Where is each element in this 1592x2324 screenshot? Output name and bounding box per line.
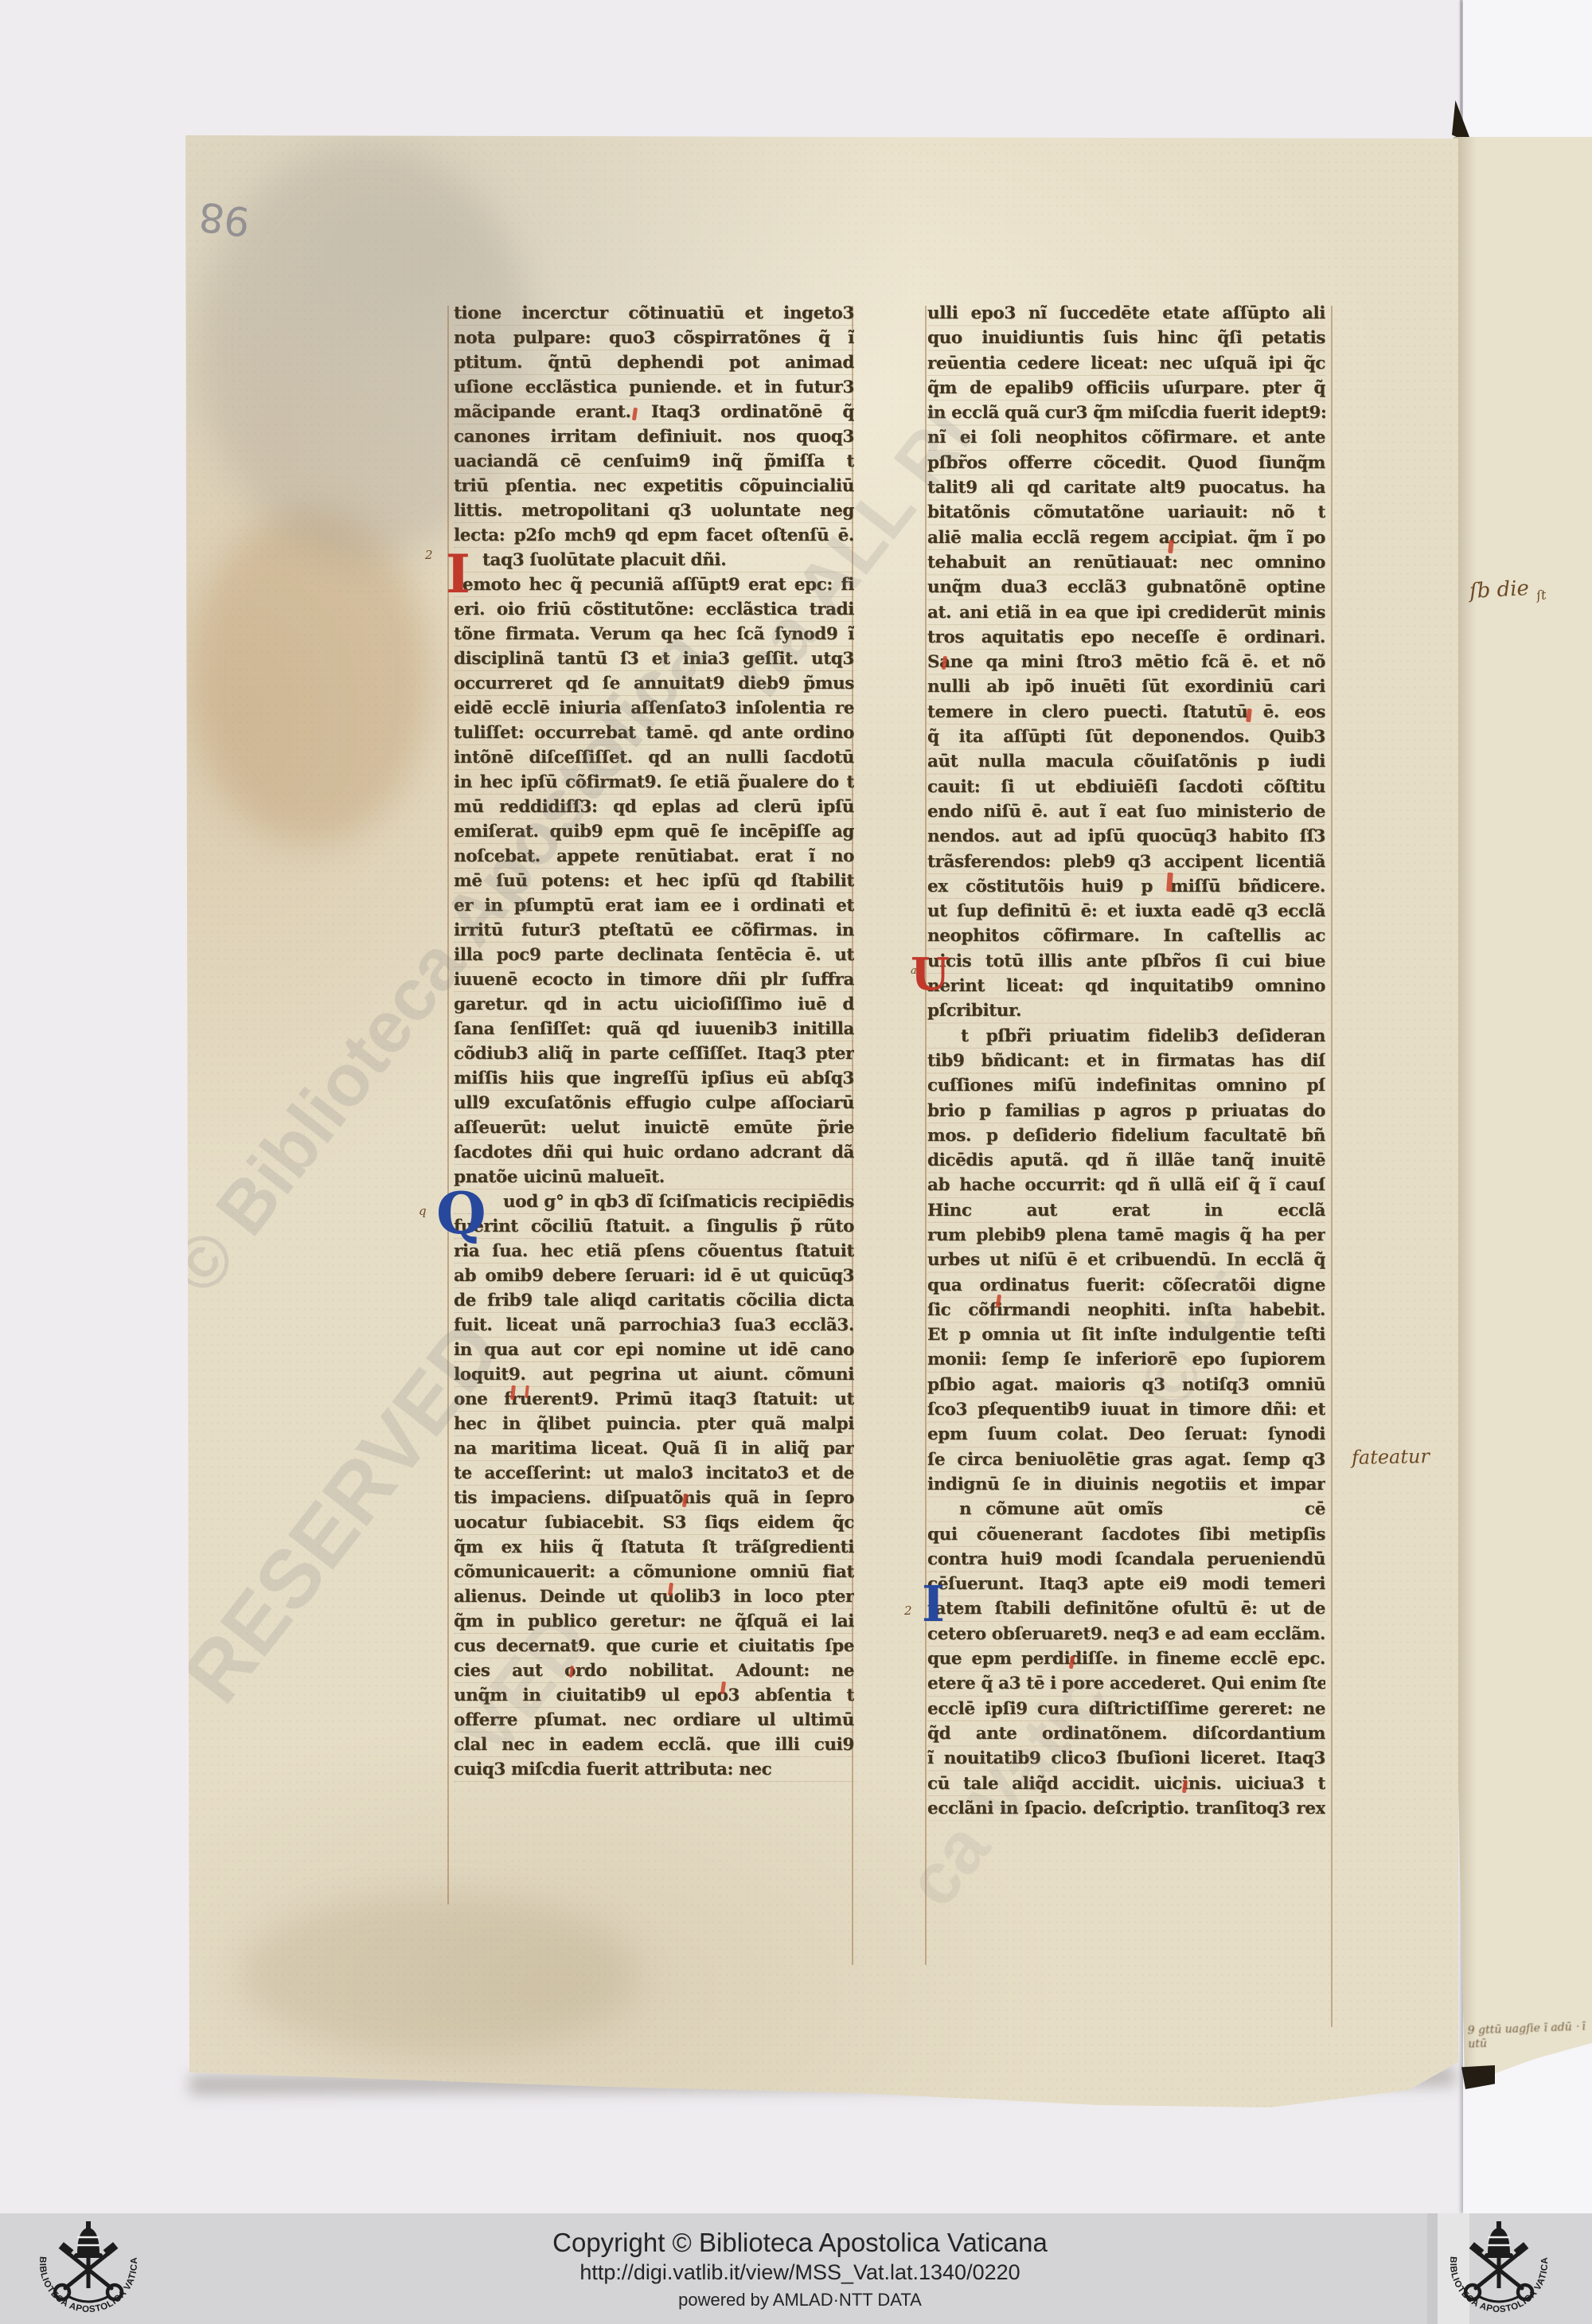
margin-note: a <box>911 965 917 977</box>
manuscript-text-line: ulli epo3 nĩ ſuccedēte etate aſſūpto ali <box>927 301 1325 326</box>
manuscript-text-line: temere in clero puecti. ſtatutū ē. eos <box>927 700 1325 725</box>
margin-note: fateatur <box>1352 1445 1430 1469</box>
parchment-page: 98 tione incerctur cõtinuatiū et ingeto3… <box>0 0 1592 2324</box>
column-ruling-line <box>1331 306 1333 2027</box>
manuscript-text-line: triū pſentia. nec expetitis cõpuincialiū <box>454 474 854 498</box>
parchment-stain <box>239 1895 637 2054</box>
footer-copyright: Copyright © Biblioteca Apostolica Vatica… <box>552 2228 1048 2258</box>
manuscript-text-line: tehabuit an renūtiauat: nec omnino <box>927 550 1325 575</box>
manuscript-text-line: q̃m ex hiis q̃ ſtatuta ſt trãſgredienti <box>454 1535 854 1560</box>
manuscript-text-line: cõmunicauerit: a cõmunione omniū fiat <box>454 1560 854 1584</box>
manuscript-text-line: tros aquitatis epo neceſſe ē ordinari. <box>927 625 1325 650</box>
manuscript-text-line: uod g° in qb3 dĩ ſciſmaticis recipiēdis <box>454 1189 854 1214</box>
manuscript-text-line: cõdiub3 aliq̃ in parte ceſſiſſet. Itaq3 … <box>454 1041 854 1066</box>
manuscript-text-line: ull9 excuſatõnis effugio culpe aſſociarū <box>454 1091 854 1115</box>
manuscript-right-column: ulli epo3 nĩ ſuccedēte etate aſſūpto ali… <box>927 301 1325 1821</box>
manuscript-text-line: etere q̃ a3 tē i pore accederet. Qui eni… <box>927 1671 1325 1696</box>
manuscript-text-line: ſco3 pſequentib9 iuuat in timore dñi: et <box>927 1397 1325 1422</box>
manuscript-text-line: mãcipande erant. Itaq3 ordinatõnē q̃ <box>454 400 854 424</box>
manuscript-text-line: at. ani etiã in ea que ipi crediderūt mi… <box>927 600 1325 625</box>
manuscript-text-line: iuuenē ecocto in timore dñi plr ſuffra <box>454 967 854 992</box>
bav-seal-icon: BIBLIOTECA APOSTOLICA VATICANA <box>21 2218 156 2322</box>
manuscript-text-line: n cõmune aūt omĩs cē <box>927 1497 1325 1521</box>
manuscript-text-line: unq̃m dua3 ecclã3 gubnatõnē optine <box>927 575 1325 600</box>
footer-text-block: Copyright © Biblioteca Apostolica Vatica… <box>0 2213 1592 2324</box>
manuscript-text-line: q̃m de epalib9 officiis uſurpare. pter q… <box>927 376 1325 400</box>
manuscript-text-line: indignū ſe in diuinis negotiis et impar <box>927 1472 1325 1497</box>
manuscript-text-line: pnatõe uicinū malueīt. <box>454 1165 854 1189</box>
manuscript-text-line: brio p familias p agros p priuatas do <box>927 1099 1325 1123</box>
manuscript-text-line: lecta: p2ſo mch9 qd epm facet oſtenſū ē. <box>454 523 854 548</box>
margin-note: ſt <box>1535 587 1547 603</box>
footer-bar: Copyright © Biblioteca Apostolica Vatica… <box>0 2213 1592 2324</box>
manuscript-text-line: fuit. liceat unã parrochia3 ſua3 ecclã3. <box>454 1313 854 1338</box>
manuscript-text-line: neophitos cõfirmare. In caſtellis ac <box>927 924 1325 948</box>
manuscript-text-line: talit9 ali qd caritate alt9 puocatus. ha <box>927 475 1325 500</box>
manuscript-text-line: cauit: ſi ut ebdiuiēſi ſacdoti cõſtitu <box>927 775 1325 799</box>
manuscript-text-line: nerint liceat: qd inquitatib9 omnino <box>927 974 1325 998</box>
manuscript-text-line: hec in q̃libet puincia. pter quã malpi <box>454 1412 854 1436</box>
manuscript-text-line: miſſis hiis que ingreſſū ipſius eū abſq3 <box>454 1066 854 1091</box>
manuscript-text-line: q̃ ita aſſūpti ſūt deponendos. Quib3 <box>927 725 1325 749</box>
manuscript-text-line: dicēdis aputã. qd ñ illãe tanq̃ inuitē <box>927 1148 1325 1173</box>
manuscript-text-line: de frib9 tale aliqd caritatis cõcilia di… <box>454 1288 854 1313</box>
manuscript-text-line: aūt nulla macula cõuiſatõnis p iudi <box>927 749 1325 774</box>
manuscript-text-line: ecclē ipſi9 cura diſtrictiſſime gereret:… <box>927 1697 1325 1721</box>
manuscript-text-line: trãsferendos: pleb9 q3 accipent licentiã <box>927 850 1325 874</box>
vatican-library-logo-left: BIBLIOTECA APOSTOLICA VATICANA <box>21 2218 156 2322</box>
folio-number-pencil: 98 <box>197 193 252 244</box>
manuscript-text-line: ex cõstitutõis hui9 p miſſū bñdicere. <box>927 874 1325 899</box>
vatican-library-logo-right: BIBLIOTECA APOSTOLICA VATICANA <box>1431 2218 1567 2322</box>
decorated-initial: I <box>922 1580 945 1629</box>
manuscript-text-line: endo niſū ē. aut ĩ eat ſuo ministerio de <box>927 799 1325 824</box>
manuscript-text-line: ria ſua. hec etiã pſens cõuentus ſtatuit <box>454 1239 854 1264</box>
manuscript-text-line: nendos. aut ad ipſū quocūq3 habito ſſ3 <box>927 824 1325 849</box>
manuscript-text-line: nota pulpare: quo3 cõspirratõnes q̃ ĩ <box>454 326 854 350</box>
manuscript-text-line: q̃d ante ordinatõnem. diſcordantium <box>927 1721 1325 1746</box>
manuscript-text-line: canones irritam definiuit. nos quoq3 <box>454 424 854 449</box>
cord <box>68 2296 109 2302</box>
manuscript-text-line: alienus. Deinde ut quolib3 in loco pter <box>454 1584 854 1609</box>
manuscript-text-line: bitatõnis cõmutatõne uariauit: nõ t <box>927 500 1325 525</box>
footer-url: http://digi.vatlib.it/view/MSS_Vat.lat.1… <box>579 2260 1020 2285</box>
digitized-manuscript-photo: 9 gttū uagſie ī adū ⸱ ī utū 98 tione inc… <box>0 0 1592 2324</box>
margin-note: ſb die <box>1469 576 1529 603</box>
manuscript-text-line: uſione ecclãstica puniende. et in futur3 <box>454 375 854 400</box>
manuscript-text-line: uaciandã cē cenſuim9 inq̃ p̃miſſa t <box>454 449 854 474</box>
manuscript-text-line: fuerint cõciliū ſtatuit. a ſingulis p̃ r… <box>454 1214 854 1239</box>
manuscript-text-line: uicis totū illis ante pſbr̃os ſi cui biu… <box>927 949 1325 974</box>
manuscript-text-line: mos. p deſiderio fidelium facultatē bñ <box>927 1123 1325 1148</box>
manuscript-text-line: uocatur ſubiacebit. S3 ſiqs eidem q̃c <box>454 1510 854 1535</box>
manuscript-text-line: qui cõuenerant ſacdotes ſibi metipſis <box>927 1522 1325 1547</box>
manuscript-text-line: cēſuerunt. Itaq3 apte ei9 modi temeri <box>927 1572 1325 1596</box>
manuscript-text-line: Sane qa mini ſtro3 mētio fcã ē. et nõ <box>927 650 1325 674</box>
manuscript-text-line: epm ſuum colat. Deo ſeruat: ſynodi <box>927 1422 1325 1447</box>
manuscript-text-line: pſbr̃os offerre cõcedit. Quod ſiunq̃m <box>927 451 1325 475</box>
manuscript-text-line: tione incerctur cõtinuatiū et ingeto3 <box>454 301 854 326</box>
manuscript-text-line: t pſbr̃i priuatim fidelib3 deſideran <box>927 1024 1325 1049</box>
manuscript-text-line: ptitum. q̃ntū dephendi pot animad <box>454 350 854 375</box>
manuscript-text-line: contra hui9 modi ſcandala perueniendū <box>927 1547 1325 1572</box>
manuscript-text-line: rum plebib9 plena tamē magis q̃ ha per <box>927 1223 1325 1248</box>
manuscript-text-line: in ecclã quã cur3 q̃m miſcdia fuerit ide… <box>927 400 1325 425</box>
manuscript-text-line: tatem ſtabili definitõne ofultū ē: ut de <box>927 1596 1325 1621</box>
manuscript-text-line: na maritima liceat. Quã ſi in aliq̃ par <box>454 1436 854 1461</box>
manuscript-text-line: que epm perdidiſſe. in fineme ecclē epc. <box>927 1646 1325 1671</box>
manuscript-text-line: cuſſiones miſū indefinitas omnino pſ <box>927 1073 1325 1098</box>
manuscript-text-line: ſacdotes dñi qui huic ordano adcrant dã <box>454 1140 854 1165</box>
parchment-stain <box>191 510 430 844</box>
column-ruling-line <box>925 306 927 1965</box>
tiny-marginal-script: 9 gttū uagſie ī adū ⸱ ī utū <box>1467 2018 1592 2050</box>
margin-note: 2 <box>904 1603 912 1618</box>
manuscript-text-line: tis impaciens. diſpuatõnis quã in ſepro <box>454 1486 854 1510</box>
manuscript-text-line: qua ordinatus fuerit: cõſecratõi digne <box>927 1273 1325 1298</box>
manuscript-text-line: cetero obſeruaret9. neq3 e ad eam ecclãm… <box>927 1622 1325 1646</box>
bav-seal-icon: BIBLIOTECA APOSTOLICA VATICANA <box>1431 2218 1567 2322</box>
manuscript-text-line: illa poc9 parte declinata ſentēcia ē. ut <box>454 943 854 967</box>
margin-note: 2 <box>425 548 433 562</box>
manuscript-text-line: te acceſſerint: ut malo3 incitato3 et de <box>454 1461 854 1486</box>
manuscript-text-line: nulli ab ipõ inuēti ſūt exordiniū cari <box>927 674 1325 699</box>
manuscript-text-line: in hec ipſū cõfirmat9. ſe etiã p̃ualere … <box>454 770 854 795</box>
manuscript-text-line: ab omib9 debere ſeruari: id ē ut quicūq3 <box>454 1264 854 1288</box>
manuscript-text-line: urbes ut niſū ē et cribuendū. In ecclã q… <box>927 1248 1325 1272</box>
manuscript-text-line: pſcribitur. <box>927 998 1325 1023</box>
manuscript-text-line: garetur. qd in actu uicioſiſſimo iuē d <box>454 992 854 1017</box>
decorated-initial: Q <box>436 1185 486 1242</box>
manuscript-text-line: ab hache occurrit: qd ñ ullã eiſ q̃ ĩ ca… <box>927 1173 1325 1197</box>
manuscript-text-line: reūentia cedere liceat: nec uſquã ipi q̃… <box>927 351 1325 376</box>
manuscript-text-line: littis. metropolitani q3 uoluntate neg <box>454 498 854 523</box>
manuscript-left-column: tione incerctur cõtinuatiū et ingeto3not… <box>454 301 854 1782</box>
footer-powered-by: powered by AMLAD·NTT DATA <box>678 2290 922 2310</box>
manuscript-text-line: ſe circa beniuolētie gras agat. ſemp q3 <box>927 1447 1325 1472</box>
manuscript-text-line: tib9 bñdicant: et in firmatas has diſ <box>927 1049 1325 1073</box>
manuscript-text-line: ſana ſenſiſſet: quã qd iuuenib3 initilla <box>454 1017 854 1041</box>
manuscript-text-line: aliē malia ecclã regem accipiat. q̃m ĩ p… <box>927 525 1325 550</box>
manuscript-text-line: Hinc aut erat in ecclã <box>927 1198 1325 1223</box>
decorated-initial: I <box>446 548 470 600</box>
cord <box>1478 2296 1520 2302</box>
manuscript-text-line: ut ſup definitū ē: et iuxta eadē q3 eccl… <box>927 899 1325 924</box>
margin-note: q <box>419 1204 427 1218</box>
manuscript-text-line: quo inuidiuntis ſuis hinc q̃ſi petatis <box>927 326 1325 350</box>
manuscript-text-line: aſſeuerūt: uelut inuictē emūte p̃rie <box>454 1115 854 1140</box>
